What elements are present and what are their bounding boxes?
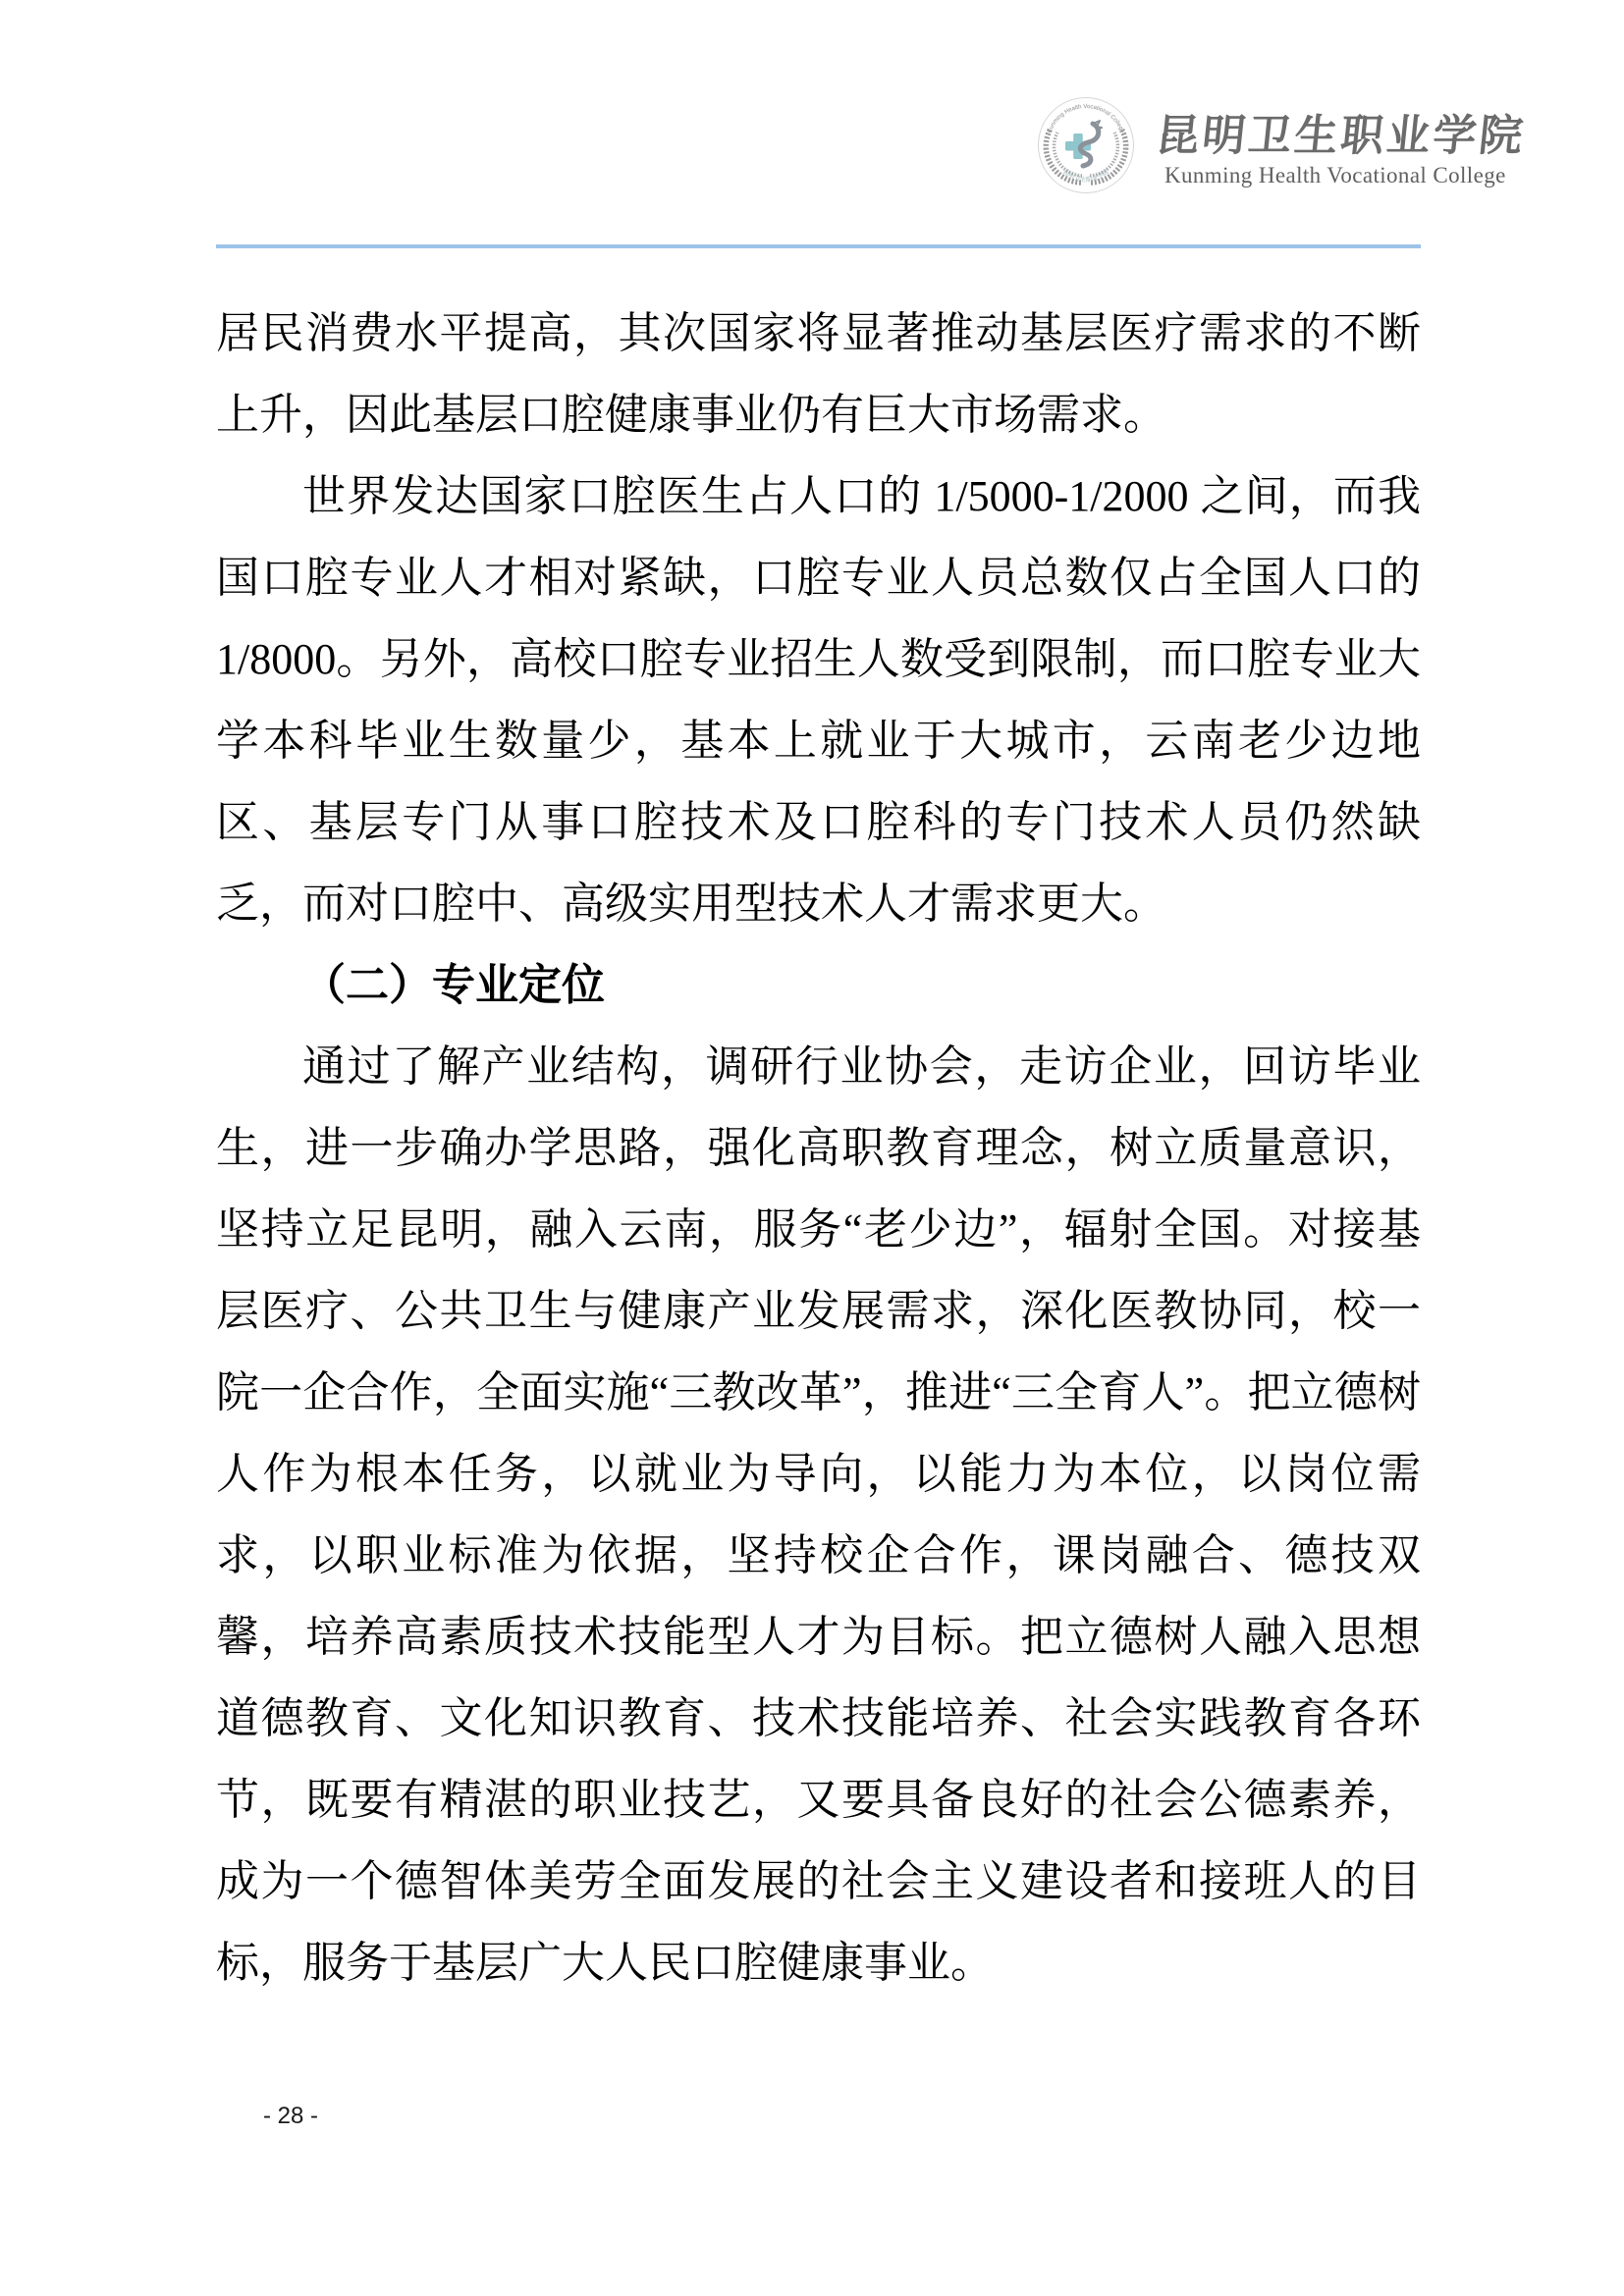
college-logo-seal: Kunming Health Vocational College 昆明卫生职业… <box>1037 92 1135 202</box>
page-number: - 28 - <box>263 2103 318 2130</box>
college-name-calligraphy: 昆明卫生职业学院 <box>1154 100 1534 163</box>
paragraph-talent-shortage: 世界发达国家口腔医生占人口的 1/5000-1/2000 之间，而我国口腔专业人… <box>216 455 1421 944</box>
document-body: 居民消费水平提高，其次国家将显著推动基层医疗需求的不断上升，因此基层口腔健康事业… <box>216 293 1421 2003</box>
paragraph-market-demand: 居民消费水平提高，其次国家将显著推动基层医疗需求的不断上升，因此基层口腔健康事业… <box>216 293 1421 455</box>
header-divider <box>216 244 1421 248</box>
section-heading-positioning: （二）专业定位 <box>216 944 1421 1026</box>
document-page: Kunming Health Vocational College 昆明卫生职业… <box>0 0 1624 2296</box>
paragraph-positioning: 通过了解产业结构，调研行业协会，走访企业，回访毕业生，进一步确办学思路，强化高职… <box>216 1026 1421 2003</box>
college-name-english: Kunming Health Vocational College <box>1164 163 1506 188</box>
